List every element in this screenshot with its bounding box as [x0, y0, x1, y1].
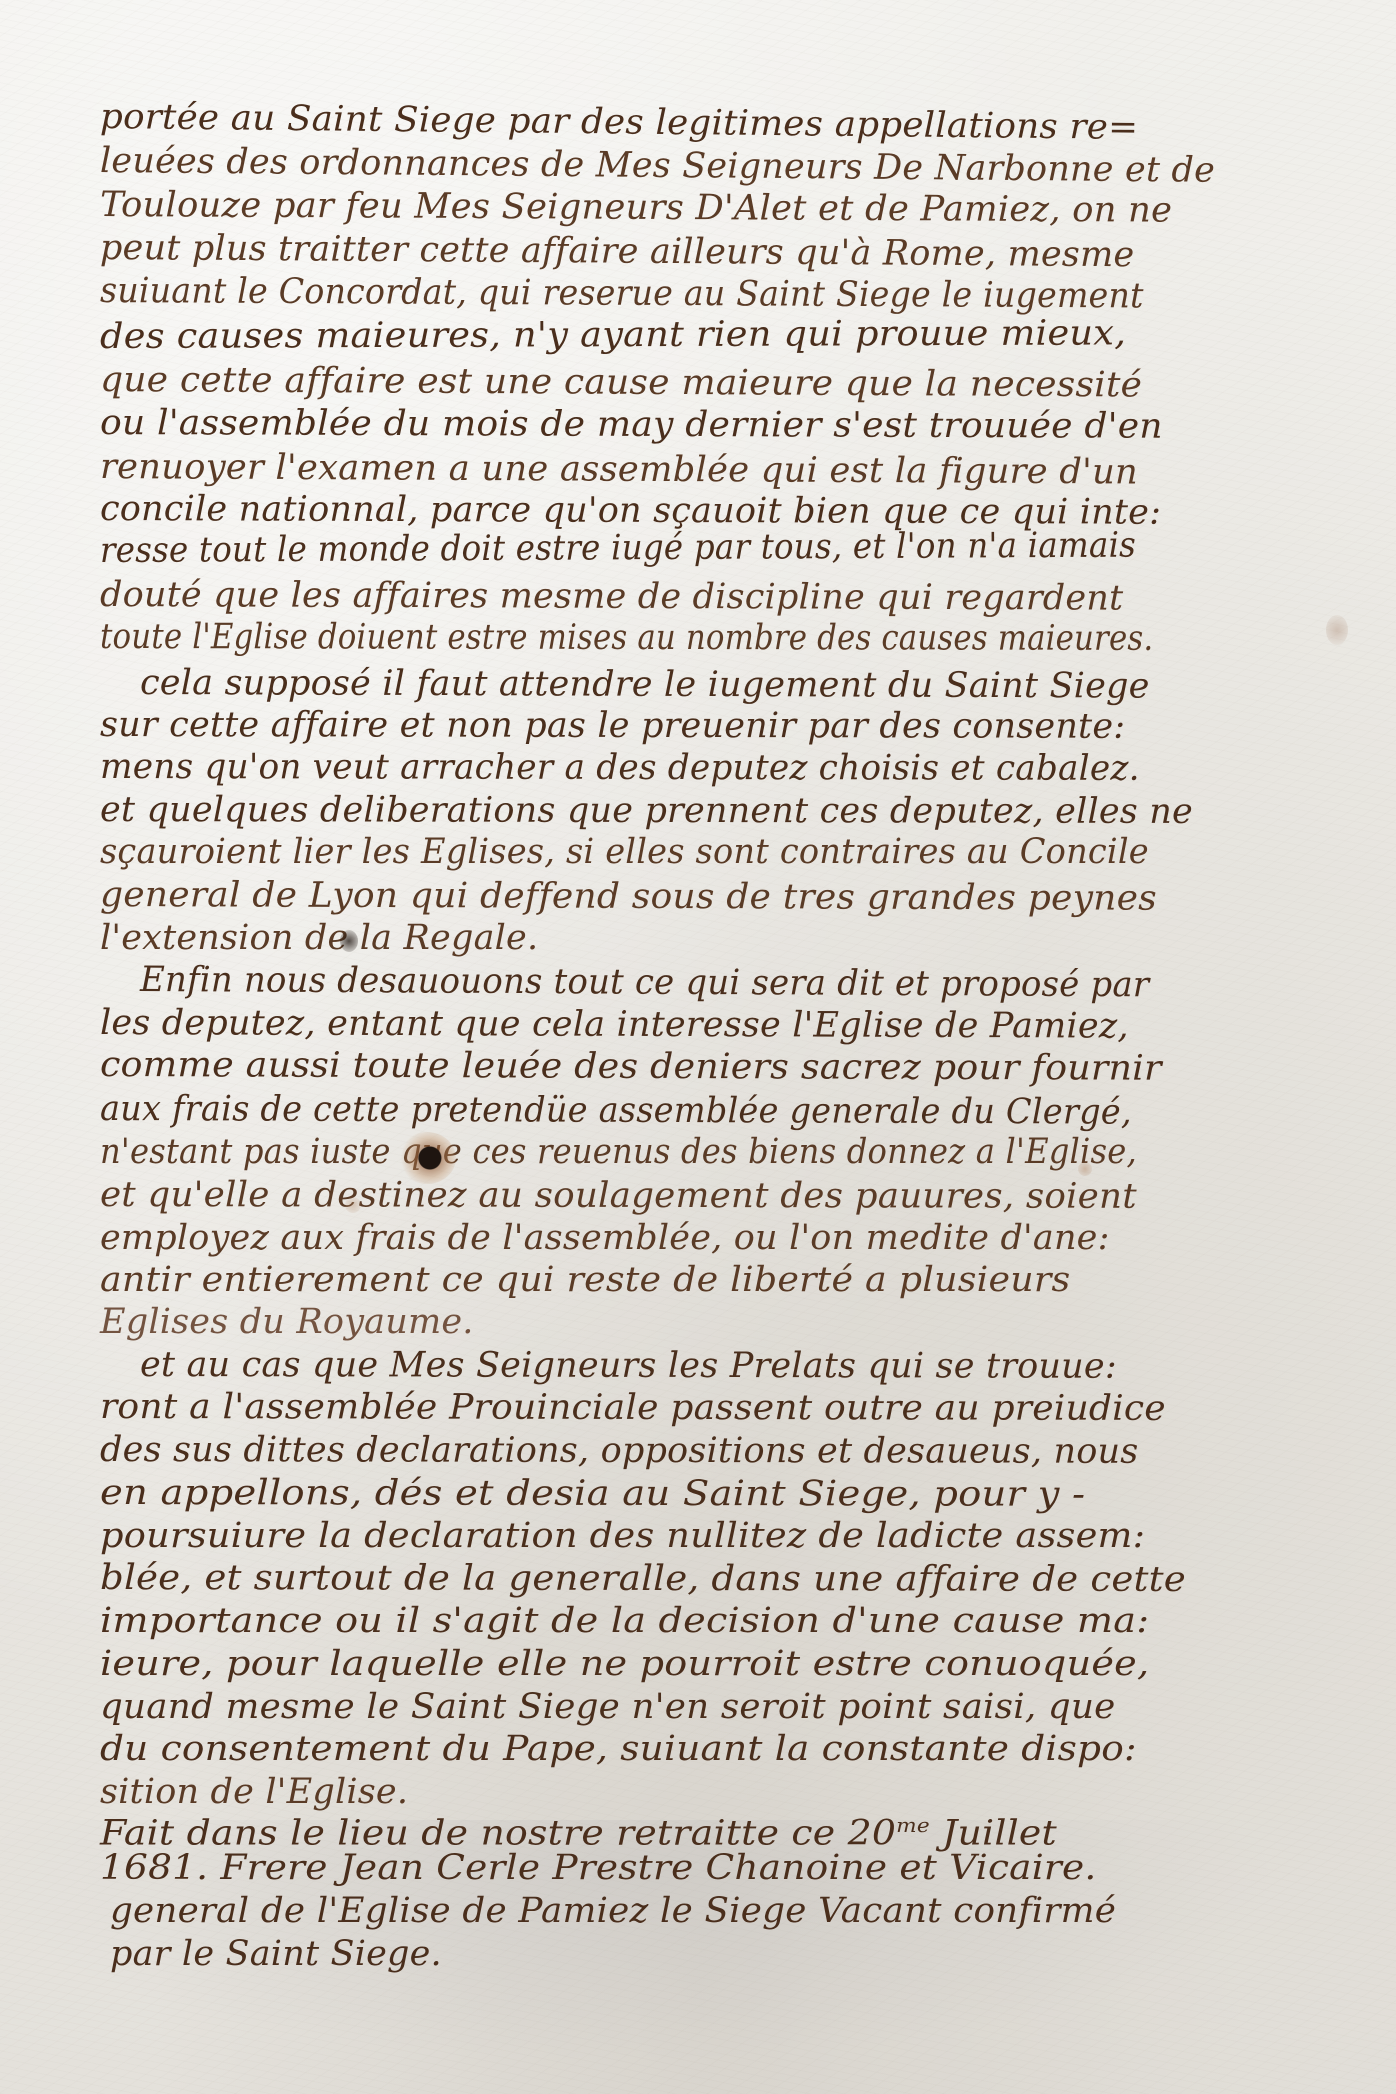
- manuscript-line: Eglises du Royaume.: [100, 1300, 474, 1344]
- ink-blot: [340, 930, 358, 952]
- paper-spot: [1078, 1162, 1092, 1176]
- manuscript-line: blée, et surtout de la generalle, dans u…: [100, 1556, 1186, 1602]
- manuscript-line: des sus dittes declarations, oppositions…: [100, 1428, 1139, 1474]
- manuscript-line: et quelques deliberations que prennent c…: [100, 788, 1193, 834]
- manuscript-line: quand mesme le Saint Siege n'en seroit p…: [100, 1685, 1116, 1729]
- manuscript-line: importance ou il s'agit de la decision d…: [100, 1599, 1149, 1643]
- manuscript-line: resse tout le monde doit estre iugé par …: [100, 524, 1136, 573]
- ink-stain: [398, 1132, 456, 1184]
- manuscript-line: toute l'Eglise doiuent estre mises au no…: [100, 615, 1153, 661]
- paper-spot: [345, 1197, 361, 1213]
- manuscript-line: et au cas que Mes Seigneurs les Prelats …: [140, 1343, 1117, 1389]
- manuscript-line: general de Lyon qui deffend sous de tres…: [100, 873, 1157, 921]
- manuscript-line: ront a l'assemblée Prouinciale passent o…: [100, 1385, 1166, 1431]
- manuscript-line: en appellons, dés et desia au Saint Sieg…: [100, 1471, 1085, 1517]
- manuscript-line: les deputez, entant que cela interesse l…: [100, 1001, 1129, 1049]
- manuscript-line: Toulouze par feu Mes Seigneurs D'Alet et…: [100, 183, 1172, 233]
- manuscript-line: des causes maieures, n'y ayant rien qui …: [100, 311, 1126, 359]
- paper-spot: [1326, 615, 1348, 645]
- manuscript-line: cela supposé il faut attendre le iugemen…: [140, 661, 1150, 709]
- manuscript-line: sçauroient lier les Eglises, si elles so…: [100, 830, 1149, 874]
- manuscript-line: antir entierement ce qui reste de libert…: [100, 1258, 1070, 1302]
- manuscript-page: portée au Saint Siege par des legitimes …: [0, 0, 1396, 2094]
- manuscript-line: aux frais de cette pretendüe assemblée g…: [100, 1087, 1132, 1135]
- date-superscript: me: [896, 1813, 930, 1837]
- manuscript-line: mens qu'on veut arracher a des deputez c…: [100, 745, 1140, 791]
- manuscript-line: comme aussi toute leuée des deniers sacr…: [100, 1043, 1162, 1091]
- manuscript-line: douté que les affaires mesme de discipli…: [100, 573, 1124, 621]
- manuscript-line: du consentement du Pape, suiuant la cons…: [100, 1727, 1137, 1771]
- manuscript-line: et qu'elle a destinez au soulagement des…: [100, 1173, 1137, 1219]
- manuscript-line: ou l'assemblée du mois de may dernier s'…: [100, 401, 1163, 449]
- manuscript-line: l'extension de la Regale.: [100, 916, 538, 960]
- signature-line: 1681. Frere Jean Cerle Prestre Chanoine …: [100, 1846, 1097, 1890]
- manuscript-line: employez aux frais de l'assemblée, ou l'…: [100, 1216, 1110, 1260]
- manuscript-line: poursuiure la declaration des nullitez d…: [100, 1514, 1145, 1558]
- manuscript-line: ieure, pour laquelle elle ne pourroit es…: [100, 1642, 1149, 1686]
- signature-title-line: general de l'Eglise de Pamiez le Siege V…: [110, 1889, 1116, 1933]
- signature-title-line: par le Saint Siege.: [110, 1932, 442, 1976]
- manuscript-line: sur cette affaire et non pas le preuenir…: [100, 703, 1125, 749]
- manuscript-line: que cette affaire est une cause maieure …: [100, 358, 1142, 407]
- manuscript-line: Enfin nous desauouons tout ce qui sera d…: [140, 958, 1150, 1007]
- manuscript-line: n'estant pas iuste que ces reuenus des b…: [100, 1130, 1137, 1174]
